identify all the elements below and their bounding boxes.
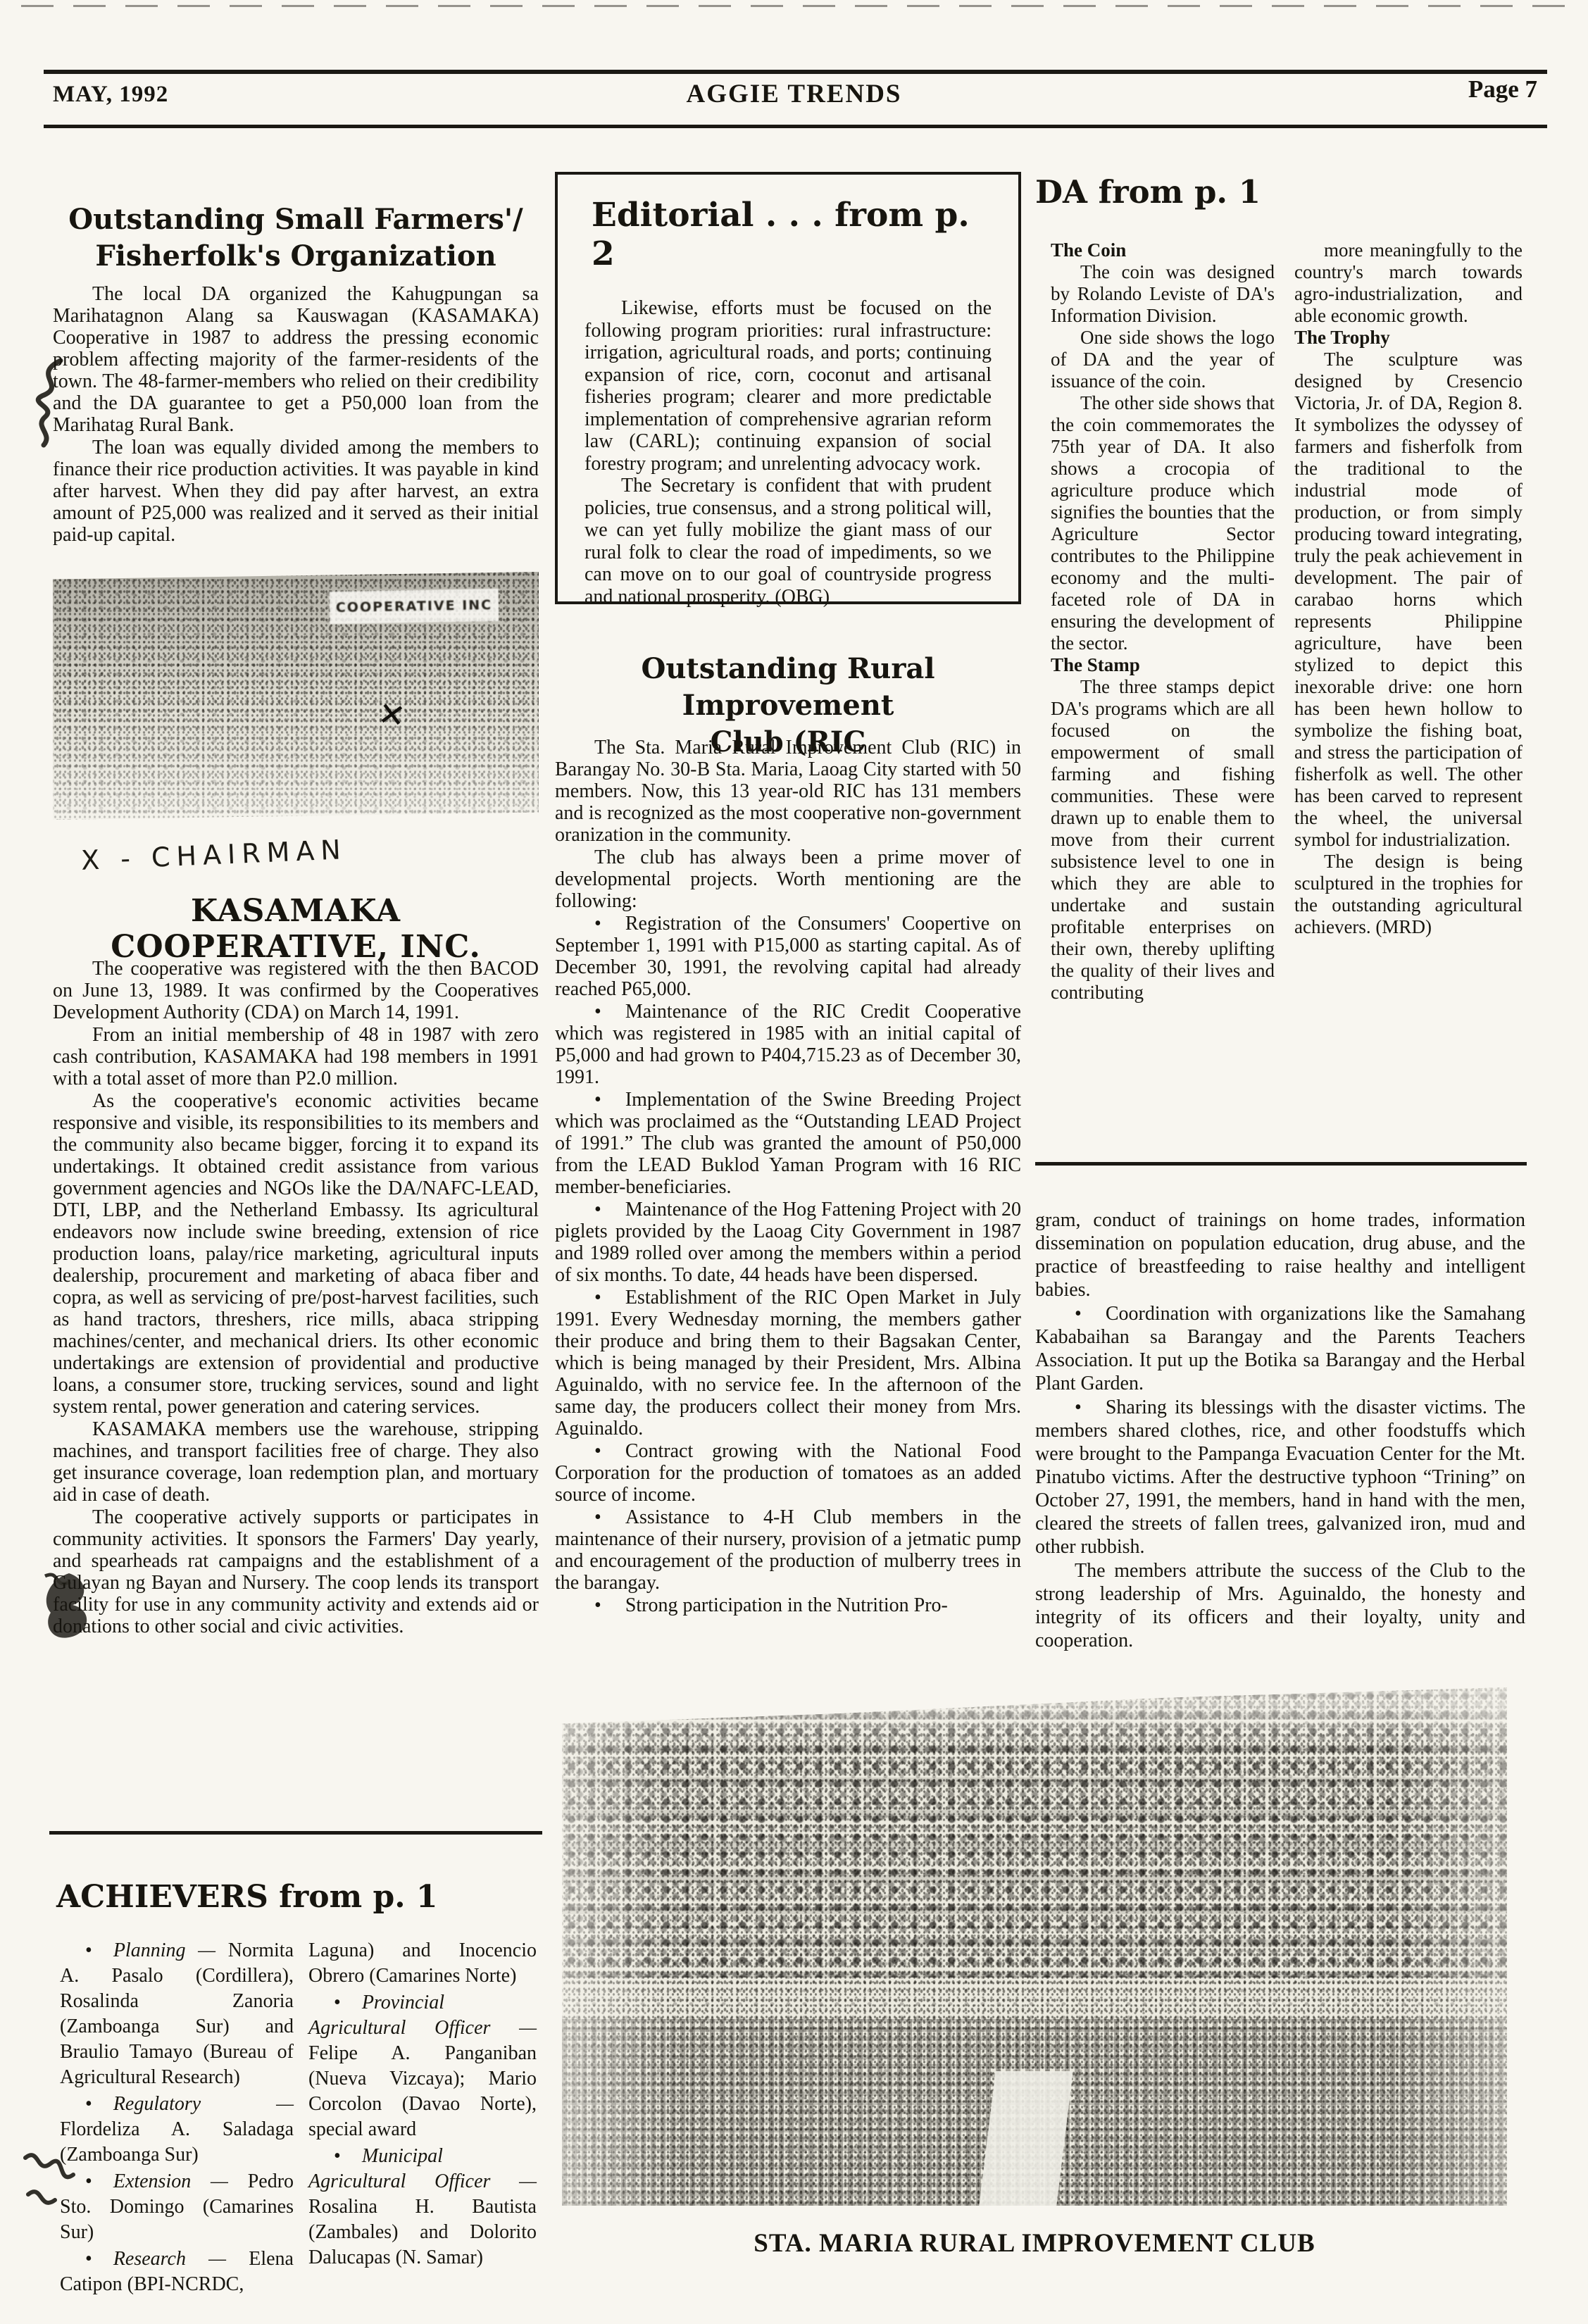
ink-scribble-icon [24,356,75,449]
page-number: Page 7 [1468,75,1537,104]
bullet-item: Coordination with organizations like the… [1035,1302,1525,1395]
achiever-item: •Planning — Normita A. Pasalo (Cordiller… [60,1938,294,2090]
paragraph: The Secretary is confident that with pru… [584,475,992,608]
achiever-item: •Research — Elena Catipon (BPI-NCRDC, [60,2247,294,2297]
article-title-line1: Outstanding Small Farmers'/ [68,203,523,236]
subhead-the-stamp: The Stamp [1051,654,1275,676]
editorial-title: Editorial . . . from p. 2 [592,196,992,273]
paragraph: The coin was designed by Rolando Leviste… [1051,261,1275,327]
section-divider-rule [49,1831,542,1835]
bullet-icon: • [334,1992,341,2013]
article-title-small-farmers: Outstanding Small Farmers'/ Fisherfolk's… [53,201,539,275]
paragraph: The sculpture was designed by Cresencio … [1294,349,1523,851]
bullet-item: Assistance to 4-H Club members in the ma… [555,1506,1021,1594]
bullet-item: Establishment of the RIC Open Market in … [555,1287,1021,1439]
article-ric-body: The Sta. Maria Rural Improvement Club (R… [555,737,1021,1616]
bullet-item: Contract growing with the National Food … [555,1440,1021,1506]
achiever-item: •Extension — Pedro Sto. Domingo (Camarin… [60,2169,294,2245]
da-bottom-rule [1035,1162,1527,1166]
article-kasamaka-body: The cooperative was registered with the … [53,958,539,1637]
paragraph: The local DA organized the Kahugpungan s… [53,283,539,436]
bullet-item: Implementation of the Swine Breeding Pro… [555,1089,1021,1198]
editorial-box: Editorial . . . from p. 2 Likewise, effo… [555,172,1021,604]
ric-continuation: gram, conduct of trainings on home trade… [1035,1208,1525,1652]
achievers-column-2: Laguna) and Inocencio Obrero (Camarines … [308,1938,537,2272]
ink-squiggle-icon [18,2142,83,2221]
bullet-item: Maintenance of the RIC Credit Cooperativ… [555,1001,1021,1088]
crowd-photo: COOPERATIVE INC ✕ [53,572,539,820]
paragraph: From an initial membership of 48 in 1987… [53,1024,539,1089]
newspaper-page: MAY, 1992 AGGIE TRENDS Page 7 Outstandin… [0,0,1588,2324]
header-rule-bottom [44,125,1547,128]
photo-shading [562,1687,1507,2206]
paragraph: The cooperative actively supports or par… [53,1506,539,1637]
handwritten-caption: X - CHAIRMAN [80,834,347,876]
paragraph: The design is being sculptured in the tr… [1294,851,1523,938]
achiever-item-continuation: Laguna) and Inocencio Obrero (Camarines … [308,1938,537,1989]
bullet-icon: • [85,1939,92,1961]
paragraph: The other side shows that the coin comme… [1051,392,1275,654]
group-photo [562,1687,1507,2206]
bullet-item: Maintenance of the Hog Fattening Project… [555,1199,1021,1286]
subhead-the-trophy: The Trophy [1294,327,1523,349]
bullet-item: Registration of the Consumers' Coopertiv… [555,913,1021,1000]
paragraph: The members attribute the success of the… [1035,1559,1525,1652]
bullet-icon: • [334,2145,341,2167]
paragraph: The loan was equally divided among the m… [53,437,539,546]
bullet-icon: • [85,2093,92,2115]
achievers-column-1: •Planning — Normita A. Pasalo (Cordiller… [60,1938,294,2299]
paragraph: As the cooperative's economic activities… [53,1090,539,1418]
article-title-kasamaka: KASAMAKA COOPERATIVE, INC. [53,893,539,965]
masthead: AGGIE TRENDS [0,79,1588,109]
da-subcolumn-1: The Coin The coin was designed by Roland… [1051,239,1275,1004]
paragraph: more meaningfully to the country's march… [1294,239,1523,327]
bullet-icon: • [85,2170,92,2192]
article-title-da: DA from p. 1 [1035,173,1261,211]
paragraph: One side shows the logo of DA and the ye… [1051,327,1275,392]
article-title-line2: Fisherfolk's Organization [95,239,496,273]
x-mark-annotation: ✕ [376,694,408,736]
ink-blot-icon [39,1566,99,1652]
achievers-title: ACHIEVERS from p. 1 [56,1879,438,1915]
achiever-item: •Provincial Agricultural Officer — Felip… [308,1990,537,2142]
paragraph: The Sta. Maria Rural Improvement Club (R… [555,737,1021,846]
group-photo-caption: STA. MARIA RURAL IMPROVEMENT CLUB [562,2228,1507,2259]
photo-banner-sign: COOPERATIVE INC [330,589,499,624]
subhead-the-coin: The Coin [1051,239,1275,261]
bullet-item: Strong participation in the Nutrition Pr… [555,1594,1021,1616]
paragraph: The club has always been a prime mover o… [555,846,1021,912]
achiever-item: •Municipal Agricultural Officer — Rosali… [308,2144,537,2270]
bullet-icon: • [85,2248,92,2270]
da-subcolumn-2: more meaningfully to the country's march… [1294,239,1523,938]
article-small-farmers-body: The local DA organized the Kahugpungan s… [53,283,539,546]
paragraph: The three stamps depict DA's programs wh… [1051,676,1275,1004]
achiever-item: •Regulatory — Flordeliza A. Saladaga (Za… [60,2092,294,2168]
ric-title-line1: Outstanding Rural Improvement [641,652,934,722]
bullet-item: Sharing its blessings with the disaster … [1035,1396,1525,1558]
top-edge-dashes [21,5,1567,7]
paragraph: The cooperative was registered with the … [53,958,539,1023]
paragraph: Likewise, efforts must be focused on the… [584,297,992,475]
paragraph: KASAMAKA members use the warehouse, stri… [53,1418,539,1506]
header-rule-top [44,70,1547,74]
paragraph-continuation: gram, conduct of trainings on home trade… [1035,1208,1525,1301]
